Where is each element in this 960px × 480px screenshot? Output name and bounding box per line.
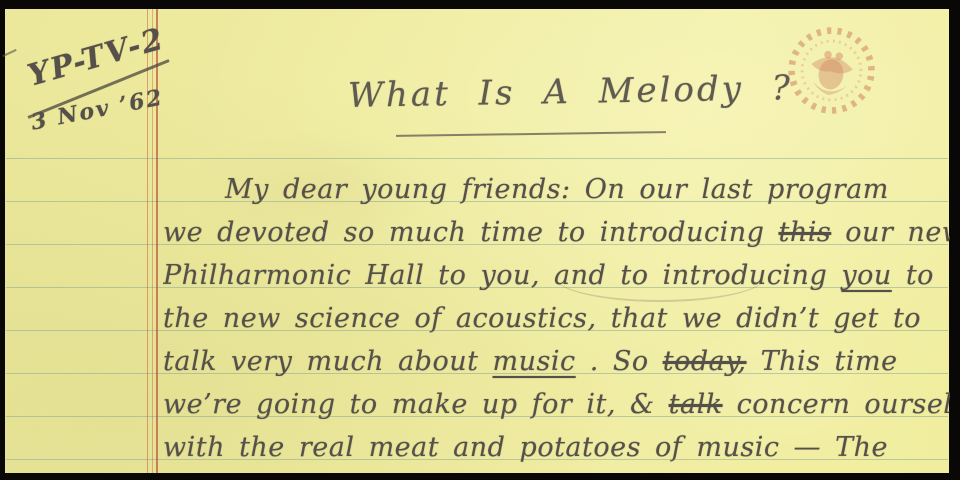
manuscript-line: with the real meat and potatoes of music… <box>163 426 950 469</box>
eagle-seal-stamp-icon <box>778 17 885 124</box>
text-segment: our new <box>831 217 950 248</box>
manuscript-body: My dear young friends: On our last progr… <box>163 168 950 473</box>
text-segment: we devoted so much time to introducing <box>163 217 778 248</box>
text-segment: to <box>892 260 934 291</box>
text-segment: talk <box>669 389 723 420</box>
text-segment: My dear young friends: On our last progr… <box>225 174 889 205</box>
text-segment: Philharmonic Hall to you, and to introdu… <box>163 260 841 291</box>
manuscript-line: we devoted so much time to introducing t… <box>163 211 950 254</box>
text-segment: music <box>493 346 576 377</box>
page-title: What Is A Melody ? <box>348 68 794 116</box>
text-segment: you <box>841 260 891 291</box>
manuscript-line: we’re going to make up for it, & talk co… <box>163 383 950 426</box>
text-segment: we’re going to make up for it, & <box>163 389 669 420</box>
manuscript-line: the new science of acoustics, that we di… <box>163 297 950 340</box>
text-segment: the new science of acoustics, that we di… <box>163 303 921 334</box>
text-segment: concern ourselves <box>723 389 950 420</box>
manuscript-line: talk very much about music . So today, T… <box>163 340 950 383</box>
text-segment: talk very much about <box>163 346 493 377</box>
text-segment: . So <box>576 346 663 377</box>
text-segment: with the real meat and potatoes of music… <box>163 432 888 463</box>
manuscript-line: My dear young friends: On our last progr… <box>163 168 950 211</box>
manuscript-line: Philharmonic Hall to you, and to introdu… <box>163 254 950 297</box>
red-margin-line <box>146 9 159 473</box>
text-segment: This time <box>747 346 898 377</box>
text-segment: this <box>778 217 831 248</box>
text-segment: today, <box>663 346 747 377</box>
scanned-manuscript-page: YP-TV-2 3 Nov ’62 What Is A Melody ? My … <box>0 0 960 480</box>
text-segment: What Is A Melody ? <box>348 68 794 116</box>
